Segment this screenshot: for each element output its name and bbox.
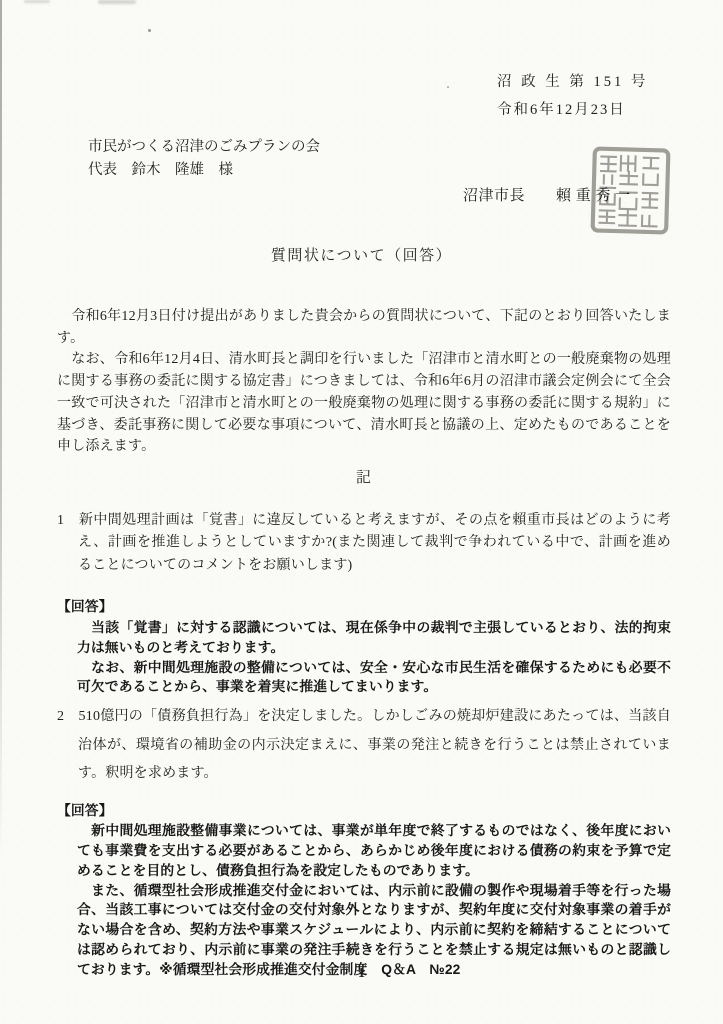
document-date: 令和6年12月23日 <box>497 96 648 124</box>
recipient-organization: 市民がつくる沼津のごみプランの会 <box>88 136 320 159</box>
answer-1-section: 【回答】 当該「覚書」に対する認識については、現在係争中の裁判で主張しているとお… <box>57 597 671 697</box>
scan-smudge <box>24 0 50 3</box>
recipient-representative: 代表 鈴木 隆雄 様 <box>88 159 320 182</box>
official-seal-stamp <box>590 146 671 235</box>
scan-speck <box>447 86 449 88</box>
question-2: 2 510億円の「債務負担行為」を決定しました。しかしごみの焼却炉建設にあたって… <box>57 703 671 789</box>
answer-1-heading: 【回答】 <box>57 597 671 618</box>
answer-2-heading: 【回答】 <box>57 801 671 822</box>
recipient-block: 市民がつくる沼津のごみプランの会 代表 鈴木 隆雄 様 <box>88 136 320 182</box>
document-number: 沼 政 生 第 151 号 <box>497 68 648 96</box>
answer-2-section: 【回答】 新中間処理施設整備事業については、事業が単年度で終了するものではなく、… <box>57 801 671 980</box>
scanned-document-page: 沼 政 生 第 151 号 令和6年12月23日 市民がつくる沼津のごみプランの… <box>0 0 723 1024</box>
document-title: 質問状について（回答） <box>0 244 723 265</box>
answer-2-paragraph: 新中間処理施設整備事業については、事業が単年度で終了するものではなく、後年度にお… <box>77 821 671 880</box>
intro-paragraph: 令和6年12月3日付け提出がありました貴会からの質問状について、下記のとおり回答… <box>57 306 671 349</box>
answer-1-paragraph: 当該「覚書」に対する認識については、現在係争中の裁判で主張しているとおり、法的拘… <box>77 618 671 658</box>
intro-section: 令和6年12月3日付け提出がありました貴会からの質問状について、下記のとおり回答… <box>57 306 671 458</box>
scan-smudge <box>98 0 136 4</box>
page-number: 1 <box>0 966 723 982</box>
scan-speck <box>148 29 151 32</box>
intro-paragraph: なお、令和6年12月4日、清水町長と調印を行いました「沼津市と清水町との一般廃棄… <box>57 349 671 458</box>
ki-marker: 記 <box>57 468 671 488</box>
answer-1-paragraph: なお、新中間処理施設の整備については、安全・安心な市民生活を確保するためにも必要… <box>77 658 671 698</box>
document-header: 沼 政 生 第 151 号 令和6年12月23日 <box>497 68 648 124</box>
document-body: 令和6年12月3日付け提出がありました貴会からの質問状について、下記のとおり回答… <box>57 306 671 979</box>
answer-2-paragraph: また、循環型社会形成推進交付金においては、内示前に設備の製作や現場着手等を行った… <box>77 881 671 980</box>
question-1: 1 新中間処理計画は「覚書」に違反していると考えますが、その点を賴重市長はどのよ… <box>57 510 671 578</box>
scan-edge-artifact <box>0 0 2 880</box>
